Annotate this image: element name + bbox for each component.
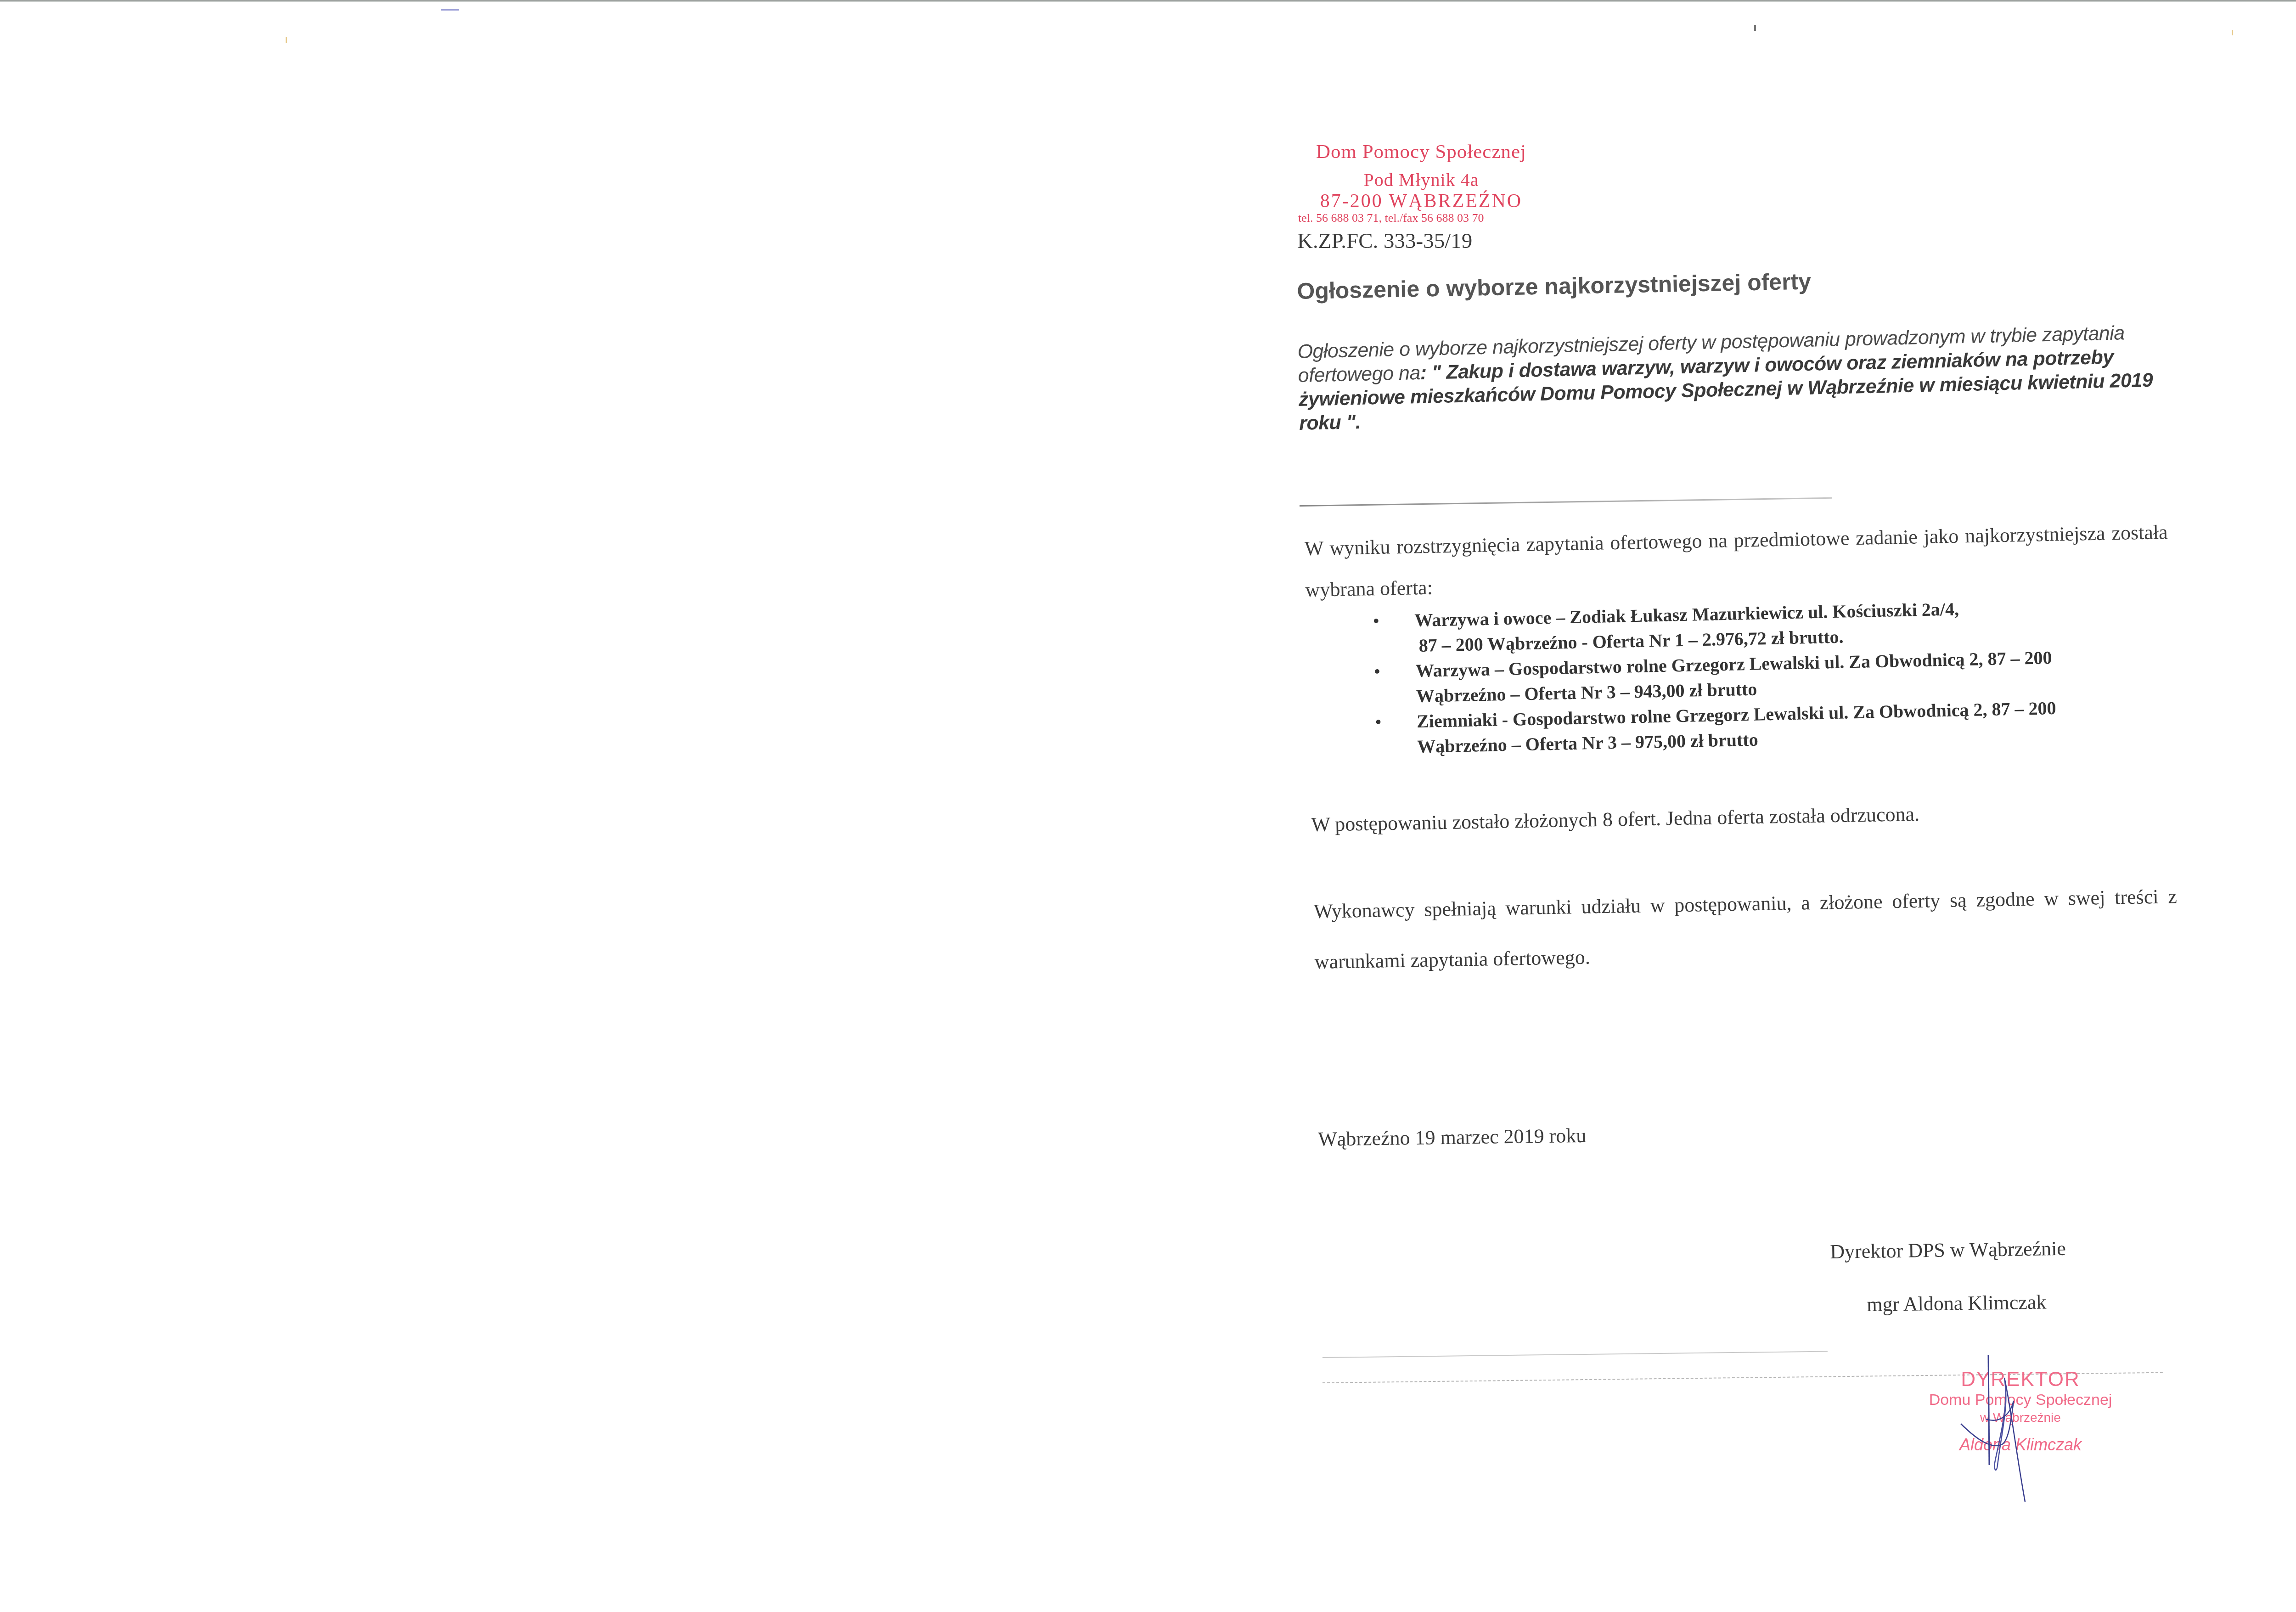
stamp-street: Pod Młynik 4a <box>1293 169 1550 191</box>
intro-paragraph: Ogłoszenie o wyborze najkorzystniejszej … <box>1297 320 2172 435</box>
scan-top-edge <box>0 0 2296 2</box>
bullet-icon: • <box>1375 710 1382 735</box>
selected-offers-list: • Warzywa i owoce – Zodiak Łukasz Mazurk… <box>1373 592 2166 760</box>
faint-rule <box>1322 1351 1828 1358</box>
scan-speck <box>441 9 459 11</box>
separator-rule <box>1300 497 1832 507</box>
bullet-icon: • <box>1374 659 1380 684</box>
place-and-date: Wąbrzeźno 19 marzec 2019 roku <box>1318 1124 1587 1151</box>
reference-number: K.ZP.FC. 333-35/19 <box>1297 229 1472 254</box>
handwritten-signature <box>1952 1350 2066 1516</box>
stamp-phones: tel. 56 688 03 71, tel./fax 56 688 03 70 <box>1293 212 1550 225</box>
stamp-city: 87-200 WĄBRZEŹNO <box>1293 191 1550 212</box>
signatory-role: Dyrektor DPS w Wąbrzeźnie <box>1830 1237 2066 1263</box>
scan-speck <box>286 37 287 43</box>
institution-stamp: Dom Pomocy Społecznej Pod Młynik 4a 87-2… <box>1293 140 1550 225</box>
scan-speck <box>1754 25 1756 31</box>
bullet-icon: • <box>1373 609 1379 634</box>
signatory-name: mgr Aldona Klimczak <box>1867 1291 2047 1316</box>
scan-speck <box>2232 30 2233 35</box>
stamp-name: Dom Pomocy Społecznej <box>1293 140 1550 164</box>
offers-count-paragraph: W postępowaniu zostało złożonych 8 ofert… <box>1311 802 1920 836</box>
compliance-paragraph: Wykonawcy spełniają warunki udziału w po… <box>1313 871 2178 987</box>
document-title: Ogłoszenie o wyborze najkorzystniejszej … <box>1297 268 1812 304</box>
intro-colon: : <box>1420 361 1432 384</box>
